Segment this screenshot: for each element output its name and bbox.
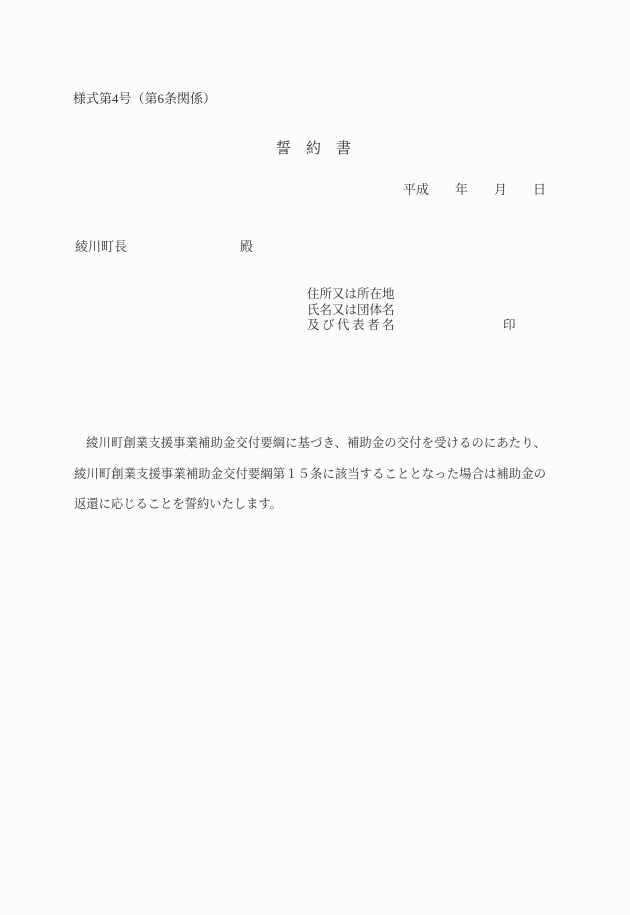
addressee-honorific: 殿 — [240, 236, 253, 255]
date-line: 平成 年 月 日 — [403, 179, 546, 198]
signer-address-label: 住所又は所在地 — [307, 287, 397, 303]
form-number: 様式第4号（第6条関係） — [73, 88, 216, 107]
signer-block: 住所又は所在地 氏名又は団体名 及び代表者名 印 — [307, 287, 397, 334]
body-line-1: 綾川町創業支援事業補助金交付要綱に基づき、補助金の交付を受けるのにあたり、 — [74, 428, 546, 459]
pledge-document-page: 様式第4号（第6条関係） 誓 約 書 平成 年 月 日 綾川町長 殿 住所又は所… — [0, 0, 630, 915]
addressee-line: 綾川町長 殿 — [75, 236, 295, 254]
seal-mark: 印 — [503, 318, 516, 334]
signer-representative-label: 及び代表者名 — [307, 318, 397, 332]
body-line-2: 綾川町創業支援事業補助金交付要綱第１５条に該当することとなった場合は補助金の — [74, 459, 546, 490]
signer-representative-row: 及び代表者名 印 — [307, 318, 397, 334]
addressee-name: 綾川町長 — [75, 239, 127, 254]
signer-name-label: 氏名又は団体名 — [307, 303, 397, 319]
pledge-body: 綾川町創業支援事業補助金交付要綱に基づき、補助金の交付を受けるのにあたり、 綾川… — [74, 428, 546, 520]
document-title: 誓 約 書 — [276, 137, 351, 158]
body-line-3: 返還に応じることを誓約いたします。 — [74, 489, 546, 520]
